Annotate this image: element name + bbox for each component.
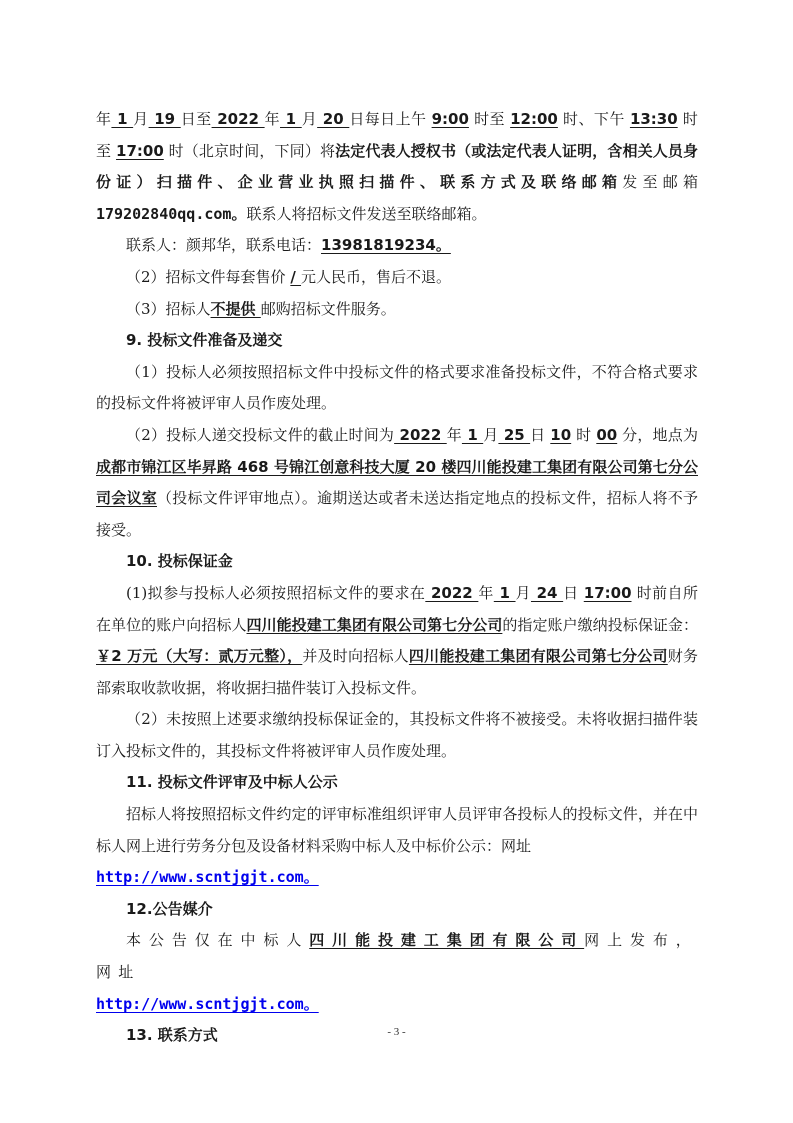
text-run: （3）招标人 [126, 300, 211, 318]
filled-field: / [290, 268, 301, 286]
website-link[interactable]: http://www.scntjgjt.com。 [96, 868, 319, 886]
filled-field: 1 [111, 110, 133, 128]
text-run: 时、下午 [558, 110, 630, 128]
section-heading: 11. 投标文件评审及中标人公示 [96, 767, 698, 799]
paragraph: （2）未按照上述要求缴纳投标保证金的，其投标文件将不被接受。未将收据扫描件装订入… [96, 704, 698, 767]
filled-field: 1 [462, 426, 483, 444]
text-run: 分，地点为 [617, 426, 698, 444]
paragraph: http://www.scntjgjt.com。 [96, 989, 698, 1021]
text-run: 年 [265, 110, 280, 128]
text-run: 年 [478, 584, 493, 602]
text-run: 联系人：颜邦华，联系电话： [126, 236, 321, 254]
paragraph: http://www.scntjgjt.com。 [96, 862, 698, 894]
filled-field: 1 [280, 110, 302, 128]
paragraph: 年 1 月 19 日至 2022 年 1 月 20 日每日上午 9:00 时至 … [96, 104, 698, 230]
paragraph: 联系人：颜邦华，联系电话：13981819234。 [96, 230, 698, 262]
filled-field: 20 [317, 110, 349, 128]
paragraph: (1)拟参与投标人必须按照招标文件的要求在 2022 年 1 月 24 日 17… [96, 578, 698, 704]
filled-field: 2022 [425, 584, 478, 602]
text-run: 日 [563, 584, 584, 602]
text-run: 招标人将按照招标文件约定的评审标准组织评审人员评审各投标人的投标文件，并在中标人… [96, 805, 698, 855]
text-run: 联系人将招标文件发送至联络邮箱。 [246, 205, 486, 223]
text-run: 元人民币，售后不退。 [301, 268, 451, 286]
text-run: 年 [447, 426, 462, 444]
text-run: （2）招标文件每套售价 [126, 268, 290, 286]
text-run: 月 [516, 584, 531, 602]
section-heading: 12.公告媒介 [96, 894, 698, 926]
paragraph: （2）投标人递交投标文件的截止时间为 2022 年 1 月 25 日 10 时 … [96, 420, 698, 546]
filled-field: 四川能投建工集团有限公司 [309, 931, 584, 949]
website-link[interactable]: http://www.scntjgjt.com。 [96, 995, 319, 1013]
text-run: （2）未按照上述要求缴纳投标保证金的，其投标文件将不被接受。未将收据扫描件装订入… [96, 710, 698, 760]
text-run: 月 [133, 110, 148, 128]
text-run: 时 [571, 426, 596, 444]
filled-field: 12:00 [510, 110, 558, 128]
filled-field: 13981819234。 [321, 236, 451, 254]
filled-field: 25 [498, 426, 530, 444]
text-run: 11. 投标文件评审及中标人公示 [126, 773, 338, 791]
document-body: 年 1 月 19 日至 2022 年 1 月 20 日每日上午 9:00 时至 … [96, 104, 698, 1052]
filled-field: 不提供 [211, 300, 261, 318]
text-run: 9. 投标文件准备及递交 [126, 331, 282, 349]
filled-field: 19 [149, 110, 181, 128]
filled-field: 四川能投建工集团有限公司第七分公司 [409, 647, 668, 665]
text-run: 邮购招标文件服务。 [261, 300, 396, 318]
text-run: 日每日上午 [349, 110, 431, 128]
text-run: (1)拟参与投标人必须按照招标文件的要求在 [126, 584, 425, 602]
paragraph: 招标人将按照招标文件约定的评审标准组织评审人员评审各投标人的投标文件，并在中标人… [96, 799, 698, 862]
text-run: （2）投标人递交投标文件的截止时间为 [126, 426, 394, 444]
paragraph: （3）招标人不提供 邮购招标文件服务。 [96, 294, 698, 326]
paragraph: （2）招标文件每套售价 / 元人民币，售后不退。 [96, 262, 698, 294]
text-run: 12.公告媒介 [126, 900, 213, 918]
text-run: 月 [302, 110, 317, 128]
filled-field: 1 [494, 584, 516, 602]
filled-field: 9:00 [432, 110, 469, 128]
document-page: 年 1 月 19 日至 2022 年 1 月 20 日每日上午 9:00 时至 … [96, 104, 698, 1052]
text-run: 本公告仅在中标人 [126, 931, 309, 949]
text-run: 日至 [181, 110, 212, 128]
paragraph: 本公告仅在中标人四川能投建工集团有限公司网上发布，网址 [96, 925, 698, 988]
filled-field: ￥2 万元（大写：贰万元整）， [96, 647, 302, 665]
page-number: - 3 - [0, 1026, 793, 1038]
filled-field: 10 [550, 426, 571, 444]
filled-field: 2022 [212, 110, 265, 128]
filled-field: 24 [531, 584, 563, 602]
section-heading: 9. 投标文件准备及递交 [96, 325, 698, 357]
filled-field: 2022 [394, 426, 447, 444]
text-run: 时（北京时间，下同）将 [164, 142, 335, 160]
text-run: 年 [96, 110, 111, 128]
text-run: 月 [483, 426, 498, 444]
text-run: 并及时向招标人 [302, 647, 409, 665]
email-address: 179202840qq.com。 [96, 205, 246, 223]
text-run: 10. 投标保证金 [126, 552, 233, 570]
filled-field: 17:00 [116, 142, 164, 160]
text-run: 的指定账户缴纳投标保证金： [502, 616, 698, 634]
text-run: （1）投标人必须按照招标文件中投标文件的格式要求准备投标文件，不符合格式要求的投… [96, 363, 698, 413]
text-run: 时至 [469, 110, 510, 128]
text-run: 发至邮箱 [622, 173, 698, 191]
filled-field: 00 [596, 426, 617, 444]
text-run: 日 [530, 426, 550, 444]
text-run: （投标文件评审地点）。逾期送达或者未送达指定地点的投标文件，招标人将不予接受。 [96, 489, 698, 539]
section-heading: 10. 投标保证金 [96, 546, 698, 578]
filled-field: 17:00 [584, 584, 632, 602]
filled-field: 四川能投建工集团有限公司第七分公司 [247, 616, 503, 634]
paragraph: （1）投标人必须按照招标文件中投标文件的格式要求准备投标文件，不符合格式要求的投… [96, 357, 698, 420]
filled-field: 13:30 [630, 110, 678, 128]
